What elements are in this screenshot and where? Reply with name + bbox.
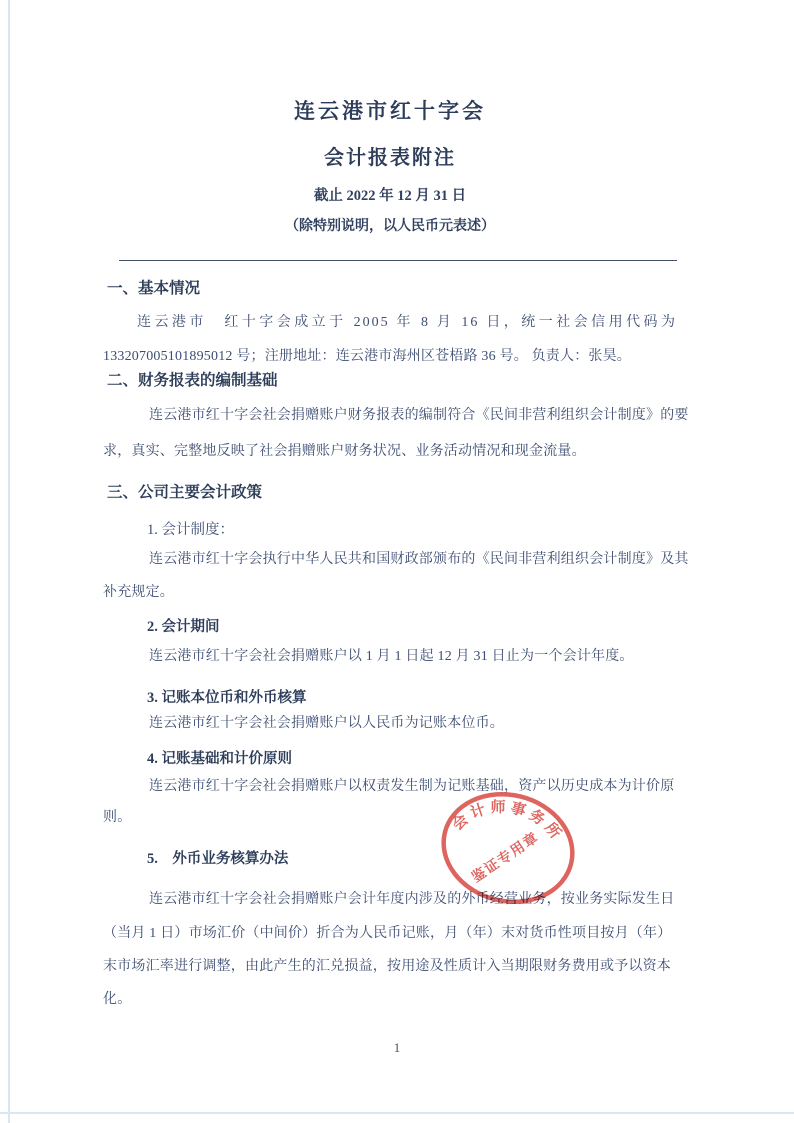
item-1-line-1: 连云港市红十字会执行中华人民共和国财政部颁布的《民间非营利组织会计制度》及其 [103, 550, 677, 570]
item-4-line-1: 连云港市红十字会社会捐赠账户以权责发生制为记账基础，资产以历史成本为计价原 [103, 777, 677, 797]
item-5-line-2: （当月 1 日）市场汇价（中间价）折合为人民币记账，月（年）末对货币性项目按月（… [103, 924, 677, 944]
item-2-heading: 2. 会计期间 [147, 617, 677, 637]
item-4-line-2: 则。 [103, 808, 677, 828]
item-1-heading: 1. 会计制度： [147, 520, 677, 540]
document-title: 连云港市红十字会 [103, 98, 677, 124]
header-divider [119, 260, 677, 261]
item-5-line-3: 末市场汇率进行调整，由此产生的汇兑损益，按用途及性质计入当期限财务费用或予以资本 [103, 957, 677, 977]
item-5-line-4: 化。 [103, 990, 677, 1010]
item-1-line-2: 补充规定。 [103, 583, 677, 603]
item-3-heading: 3. 记账本位币和外币核算 [147, 688, 677, 708]
item-5-heading: 5. 外币业务核算办法 [147, 849, 677, 869]
section-2-line-2: 求，真实、完整地反映了社会捐赠账户财务状况、业务活动情况和现金流量。 [103, 442, 677, 462]
section-3-heading: 三、公司主要会计政策 [107, 483, 677, 503]
currency-note: （除特别说明，以人民币元表述） [103, 218, 677, 236]
item-4-heading: 4. 记账基础和计价原则 [147, 749, 677, 769]
section-1-line-2: 133207005101895012 号；注册地址：连云港市海州区苍梧路 36 … [103, 347, 677, 367]
as-of-date: 截止 2022 年 12 月 31 日 [103, 187, 677, 205]
item-5-line-1: 连云港市红十字会社会捐赠账户会计年度内涉及的外币经营业务，按业务实际发生日 [103, 890, 677, 910]
scan-edge-left [8, 0, 10, 1123]
scan-edge-bottom [0, 1112, 794, 1114]
section-2-line-1: 连云港市红十字会社会捐赠账户财务报表的编制符合《民间非营利组织会计制度》的要 [103, 406, 677, 426]
section-2-heading: 二、财务报表的编制基础 [107, 371, 677, 391]
section-1-line-1: 连云港市 红十字会成立于 2005 年 8 月 16 日，统一社会信用代码为 [103, 313, 677, 333]
page-number: 1 [0, 1040, 794, 1056]
item-2-line-1: 连云港市红十字会社会捐赠账户以 1 月 1 日起 12 月 31 日止为一个会计… [103, 647, 677, 667]
document-page: 连云港市红十字会 会计报表附注 截止 2022 年 12 月 31 日 （除特别… [103, 0, 677, 1010]
document-subtitle: 会计报表附注 [103, 146, 677, 171]
item-3-line-1: 连云港市红十字会社会捐赠账户以人民币为记账本位币。 [103, 714, 677, 734]
section-1-heading: 一、基本情况 [107, 279, 677, 299]
